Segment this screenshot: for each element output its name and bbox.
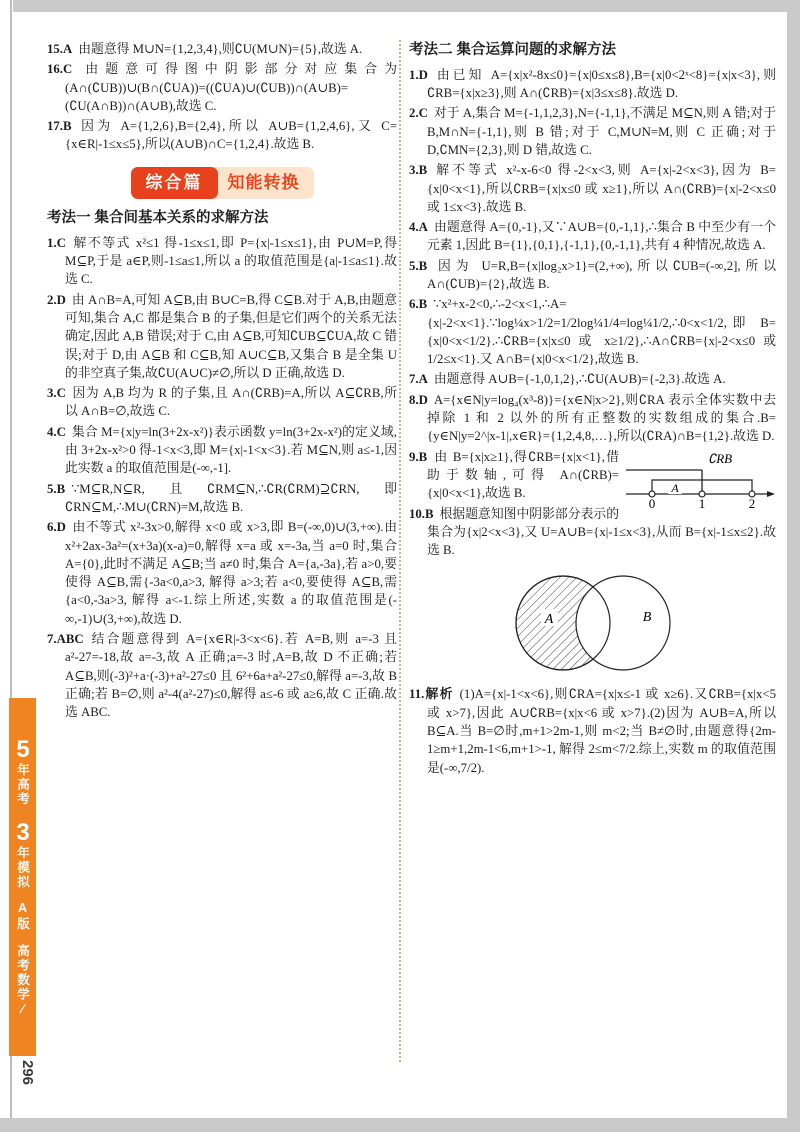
numberline-tick-1: 1 [699, 496, 706, 510]
item-text: 由题意得 M∪N={1,2,3,4},则∁U(M∪N)={5},故选 A. [78, 42, 362, 56]
answer-item-k1-3: 3.C因为 A,B 均为 R 的子集,且 A∩(∁RB)=A,所以 A⊆∁RB,… [47, 384, 397, 421]
section-title-method-2: 考法二 集合运算问题的求解方法 [409, 40, 776, 61]
item-number: 2.D [47, 293, 66, 307]
item-number: 1.D [409, 68, 428, 82]
numberline-tick-0: 0 [649, 496, 656, 510]
item-number: 8.D [409, 393, 428, 407]
item-number: 11.解析 [409, 687, 454, 701]
right-column: 考法二 集合运算问题的求解方法 1.D由已知 A={x|x²-8x≤0}={x|… [409, 40, 776, 779]
answer-item-k2-8: 8.DA={x∈N|y=log₄(x³-8)}={x∈N|x>2},则∁RA 表… [409, 391, 776, 446]
item-number: 4.C [47, 425, 66, 439]
badge-secondary: 知能转换 [214, 167, 314, 199]
page-edge-top [13, 0, 800, 12]
answer-item-k2-7: 7.A由题意得 A∪B={-1,0,1,2},∴∁U(A∪B)={-2,3}.故… [409, 370, 776, 388]
left-column: 15.A由题意得 M∪N={1,2,3,4},则∁U(M∪N)={5},故选 A… [47, 40, 397, 724]
answer-item-k2-3: 3.B解不等式 x²-x-6<0 得-2<x<3,则 A={x|-2<x<3},… [409, 161, 776, 216]
item-text: 因为 A={1,2,6},B={2,4},所以 A∪B={1,2,4,6},又 … [65, 119, 397, 151]
item-text: ∵x²+x-2<0,∴-2<x<1,∴A={x|-2<x<1}.∵log¼x>1… [427, 297, 776, 366]
answer-item-k1-6: 6.D由不等式 x²-3x>0,解得 x<0 或 x>3,即 B=(-∞,0)∪… [47, 518, 397, 628]
item-text: 由 B={x|x≥1},得∁RB={x|x<1},借助于数轴,可得 A∩(∁RB… [427, 450, 619, 501]
item-number: 15.A [47, 42, 72, 56]
numberline-tick-2: 2 [749, 496, 756, 510]
answer-item-k1-4: 4.C集合 M={x|y=ln(3+2x-x²)}表示函数 y=ln(3+2x-… [47, 423, 397, 478]
number-line-figure: ∁RB A 0 1 2 [624, 450, 776, 510]
book-spine-banner: 5年高考3年模拟A版高考数学∕ [9, 698, 36, 1056]
spine-text: 年模拟 [14, 846, 32, 890]
answer-item-k2-9: ∁RB A 0 1 2 9.B由 B={x|x≥1},得∁RB={x|x<1},… [409, 448, 776, 503]
item-number: 1.C [47, 236, 66, 250]
item-number: 7.A [409, 372, 428, 386]
item-number: 5.B [47, 482, 65, 496]
answer-item-k1-1: 1.C解不等式 x²≤1 得-1≤x≤1,即 P={x|-1≤x≤1},由 P∪… [47, 234, 397, 289]
item-text: 由题意得 A={0,-1},又∵A∪B={0,-1,1},∴集合 B 中至少有一… [427, 220, 776, 252]
spine-text: 年高考 [14, 763, 32, 807]
item-text: 集合 M={x|y=ln(3+2x-x²)}表示函数 y=ln(3+2x-x²)… [65, 425, 397, 476]
spine-digit-5: 5 [11, 736, 35, 763]
page-number: 296 [9, 1060, 36, 1085]
item-text: 因为 A,B 均为 R 的子集,且 A∩(∁RB)=A,所以 A⊆∁RB,所以 … [65, 386, 397, 418]
item-text: (1)A={x|-1<x<6},则∁RA={x|x≤-1 或 x≥6}.又∁RB… [427, 687, 776, 774]
item-text: 由题意得 A∪B={-1,0,1,2},∴∁U(A∪B)={-2,3}.故选 A… [434, 372, 726, 386]
venn-diagram-figure: A B [409, 565, 776, 681]
section-title-method-1: 考法一 集合间基本关系的求解方法 [47, 208, 397, 229]
answer-item-k1-2: 2.D由 A∩B=A,可知 A⊆B,由 B∪C=B,得 C⊆B.对于 A,B,由… [47, 291, 397, 382]
item-text: 因为 U=R,B={x|log₂x>1}=(2,+∞),所以∁UB=(-∞,2]… [427, 259, 776, 291]
spine-subject: 高考数学 [14, 944, 32, 1002]
answer-item-k2-4: 4.A由题意得 A={0,-1},又∵A∪B={0,-1,1},∴集合 B 中至… [409, 218, 776, 255]
item-number: 16.C [47, 62, 72, 76]
item-number: 3.B [409, 163, 427, 177]
item-number: 2.C [409, 106, 428, 120]
answer-item-17: 17.B因为 A={1,2,6},B={2,4},所以 A∪B={1,2,4,6… [47, 117, 397, 154]
item-number: 9.B [409, 450, 427, 464]
venn-label-b: B [642, 610, 651, 625]
item-number: 6.B [409, 297, 427, 311]
answer-item-16: 16.C由题意可得图中阴影部分对应集合为(A∩(∁UB))∪(B∩(∁UA))=… [47, 60, 397, 115]
item-text: 由不等式 x²-3x>0,解得 x<0 或 x>3,即 B=(-∞,0)∪(3,… [65, 520, 397, 625]
answer-item-k2-1: 1.D由已知 A={x|x²-8x≤0}={x|0≤x≤8},B={x|0<2ˣ… [409, 66, 776, 103]
answer-item-k2-5: 5.B因为 U=R,B={x|log₂x>1}=(2,+∞),所以∁UB=(-∞… [409, 257, 776, 294]
item-text: 由 A∩B=A,可知 A⊆B,由 B∪C=B,得 C⊆B.对于 A,B,由题意可… [65, 293, 397, 380]
item-text: 由已知 A={x|x²-8x≤0}={x|0≤x≤8},B={x|0<2ˣ<8}… [427, 68, 776, 100]
item-number: 7.ABC [47, 632, 84, 646]
answer-item-k2-10: 10.B根据题意知图中阴影部分表示的集合为{x|2<x<3},又 U=A∪B={… [409, 505, 776, 560]
item-number: 4.A [409, 220, 428, 234]
answer-item-k2-6: 6.B∵x²+x-2<0,∴-2<x<1,∴A={x|-2<x<1}.∵log¼… [409, 295, 776, 368]
badge-primary: 综合篇 [131, 167, 218, 199]
answer-item-k2-11: 11.解析(1)A={x|-1<x<6},则∁RA={x|x≤-1 或 x≥6}… [409, 685, 776, 776]
item-number: 6.D [47, 520, 66, 534]
answer-item-k2-2: 2.C对于 A,集合 M={-1,1,2,3},N={-1,1},不满足 M⊆N… [409, 104, 776, 159]
answer-item-15: 15.A由题意得 M∪N={1,2,3,4},则∁U(M∪N)={5},故选 A… [47, 40, 397, 58]
item-text: A={x∈N|y=log₄(x³-8)}={x∈N|x>2},则∁RA 表示全体… [427, 393, 776, 444]
page-edge-right [787, 12, 800, 1118]
item-text: 对于 A,集合 M={-1,1,2,3},N={-1,1},不满足 M⊆N,则 … [427, 106, 776, 157]
item-text: 由题意可得图中阴影部分对应集合为(A∩(∁UB))∪(B∩(∁UA))=((∁U… [65, 62, 397, 113]
item-text: 根据题意知图中阴影部分表示的集合为{x|2<x<3},又 U=A∪B={x|-1… [427, 507, 776, 558]
spine-edition: A版 [14, 901, 32, 932]
item-number: 5.B [409, 259, 427, 273]
page-edge-bottom [0, 1118, 800, 1132]
numberline-region-label: A [670, 481, 679, 495]
venn-label-a: A [543, 612, 553, 627]
spine-digit-3: 3 [11, 819, 35, 846]
answer-item-k1-7: 7.ABC结合题意得到 A={x∈R|-3<x<6}.若 A=B,则 a=-3 … [47, 630, 397, 721]
item-number: 10.B [409, 507, 434, 521]
numberline-set-label: ∁RB [708, 451, 732, 466]
item-number: 17.B [47, 119, 72, 133]
item-text: ∵M⊆R,N⊆R,且∁RM⊆N,∴∁R(∁RM)⊇∁RN,即∁RN⊆M,∴M∪(… [65, 482, 397, 514]
item-number: 3.C [47, 386, 66, 400]
section-badge: 综合篇 知能转换 [47, 167, 397, 199]
column-divider [399, 40, 401, 1062]
answer-item-k1-5: 5.B∵M⊆R,N⊆R,且∁RM⊆N,∴∁R(∁RM)⊇∁RN,即∁RN⊆M,∴… [47, 480, 397, 517]
item-text: 结合题意得到 A={x∈R|-3<x<6}.若 A=B,则 a=-3 且 a²-… [65, 632, 397, 719]
item-text: 解不等式 x²≤1 得-1≤x≤1,即 P={x|-1≤x≤1},由 P∪M=P… [65, 236, 397, 287]
item-text: 解不等式 x²-x-6<0 得-2<x<3,则 A={x|-2<x<3},因为 … [427, 163, 776, 214]
spine-slash: ∕ [16, 1002, 30, 1018]
